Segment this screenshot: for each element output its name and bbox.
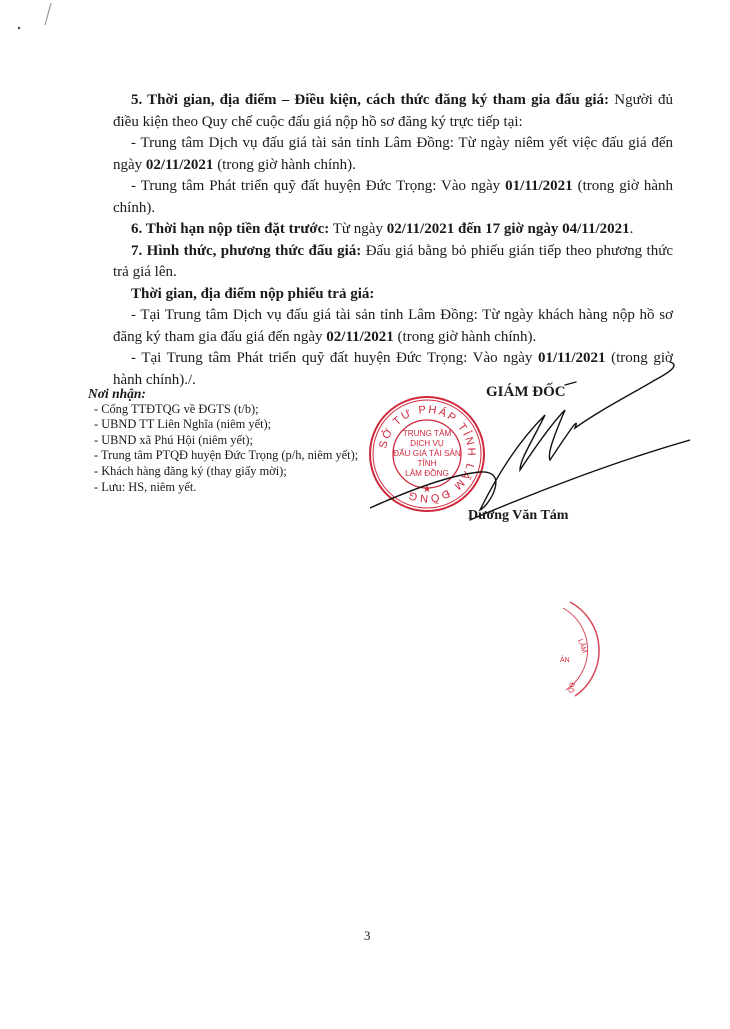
- section-7: 7. Hình thức, phương thức đấu giá: Đấu g…: [113, 241, 673, 284]
- document-body: 5. Thời gian, địa điểm – Điều kiện, cách…: [113, 90, 673, 391]
- signer-name: Dương Văn Tám: [468, 508, 568, 524]
- bid-submission-heading: Thời gian, địa điểm nộp phiếu trả giá:: [113, 284, 673, 306]
- recipient-item: - UBND xã Phú Hội (niêm yết);: [88, 433, 358, 449]
- recipient-item: - Khách hàng đăng ký (thay giấy mời);: [88, 464, 358, 480]
- page-number: 3: [364, 928, 371, 944]
- svg-text:ẢN: ẢN: [560, 655, 570, 664]
- signature-icon: [370, 360, 690, 530]
- section-5-item-1: - Trung tâm Dịch vụ đấu giá tài sản tỉnh…: [113, 133, 673, 176]
- recipients-title: Nơi nhận:: [88, 386, 358, 402]
- recipient-item: - Lưu: HS, niêm yết.: [88, 480, 358, 496]
- document-page: 5. Thời gian, địa điểm – Điều kiện, cách…: [0, 0, 730, 1029]
- recipient-item: - Trung tâm PTQĐ huyện Đức Trọng (p/h, n…: [88, 448, 358, 464]
- section-5: 5. Thời gian, địa điểm – Điều kiện, cách…: [113, 90, 673, 133]
- partial-stamp-icon: LÂM ẢN ĐỒ: [540, 600, 610, 700]
- scan-mark-icon: [15, 0, 55, 30]
- section-5-item-2: - Trung tâm Phát triển quỹ đất huyện Đức…: [113, 176, 673, 219]
- section-6: 6. Thời hạn nộp tiền đặt trước: Từ ngày …: [113, 219, 673, 241]
- recipient-item: - UBND TT Liên Nghĩa (niêm yết);: [88, 417, 358, 433]
- svg-text:ĐỒ: ĐỒ: [566, 682, 578, 695]
- recipients-list: Nơi nhận: - Cổng TTĐTQG về ĐGTS (t/b); -…: [88, 386, 358, 495]
- recipient-item: - Cổng TTĐTQG về ĐGTS (t/b);: [88, 402, 358, 418]
- bid-submission-item-1: - Tại Trung tâm Dịch vụ đấu giá tài sản …: [113, 305, 673, 348]
